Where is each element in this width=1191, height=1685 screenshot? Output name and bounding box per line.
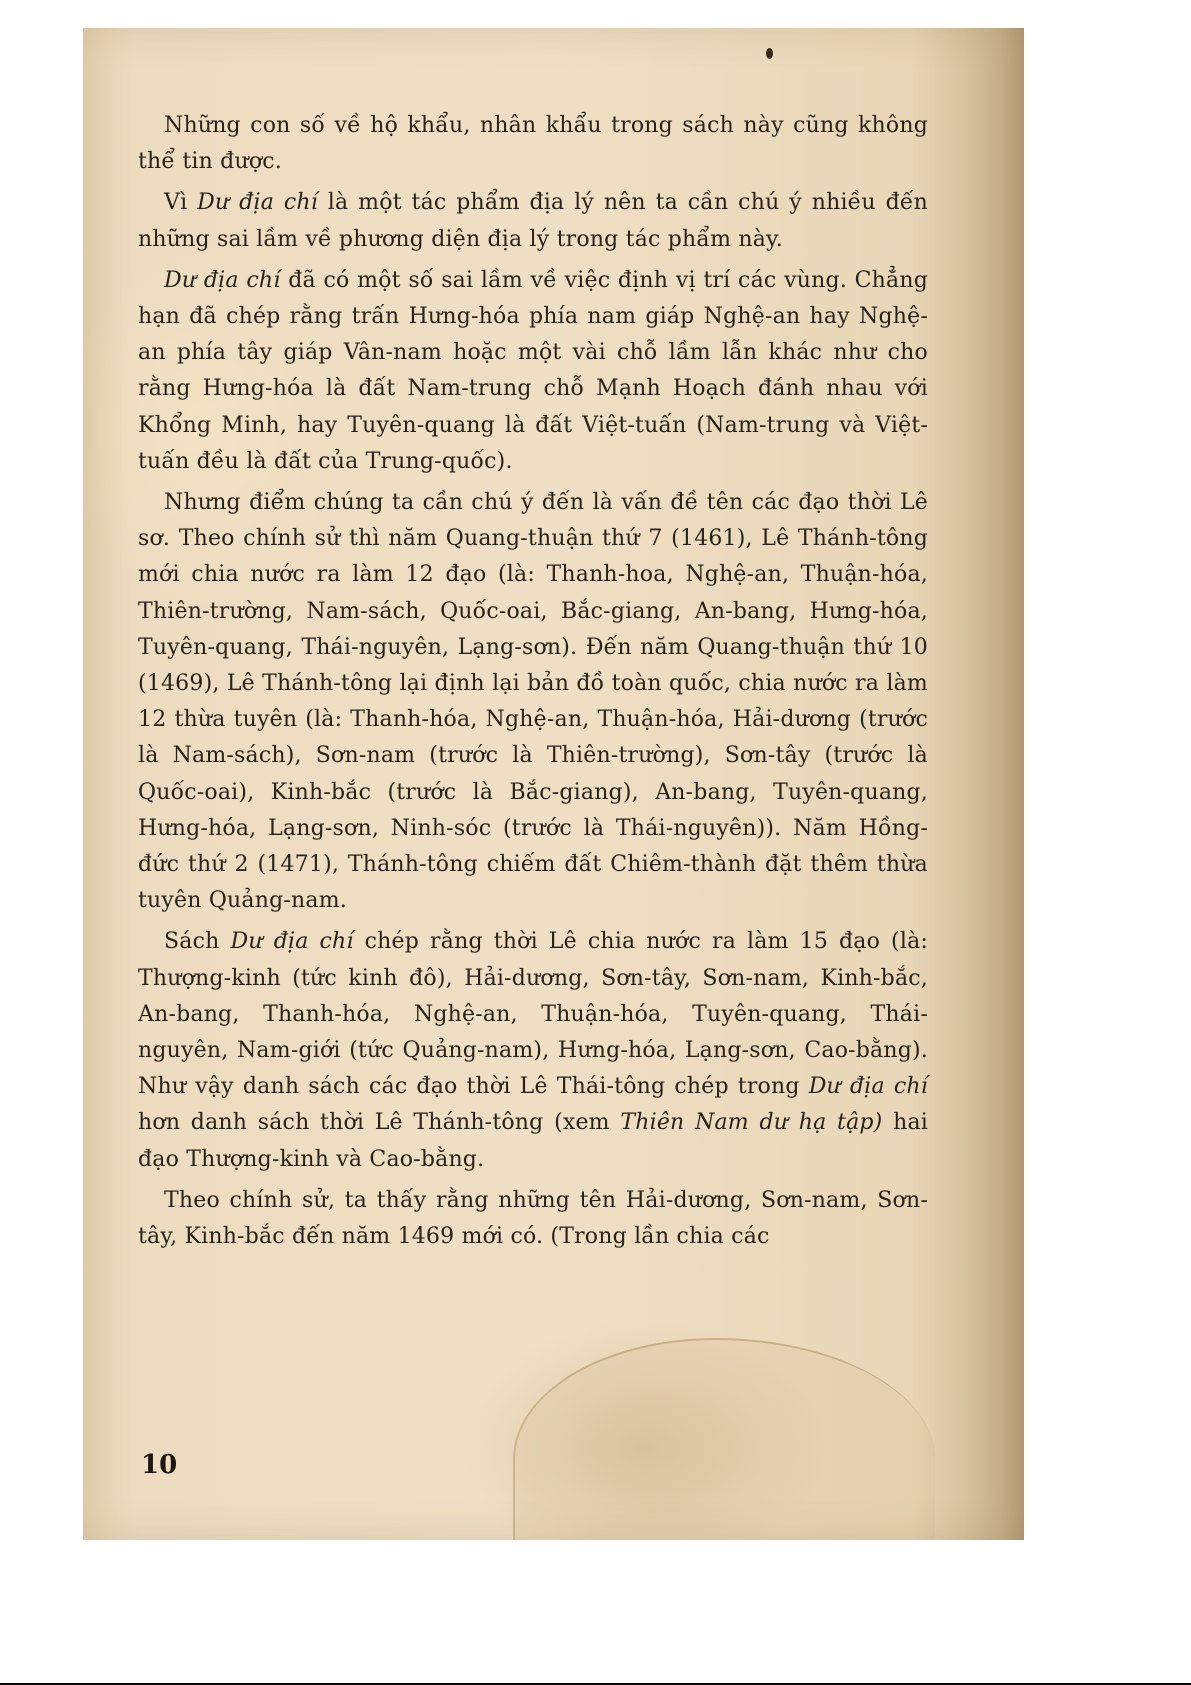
italic-title-text: Dư địa chí: [164, 268, 281, 293]
page-number: 10: [141, 1450, 177, 1480]
paragraph-4: Nhưng điểm chúng ta cần chú ý đến là vấn…: [138, 485, 928, 919]
text-segment: Theo chính sử, ta thấy rằng những tên Hả…: [138, 1188, 928, 1249]
water-stain: [513, 1338, 935, 1540]
page-gutter-shadow: [964, 28, 1024, 1540]
ink-speck: [766, 48, 773, 59]
paragraph-5: Sách Dư địa chí chép rằng thời Lê chia n…: [138, 924, 928, 1177]
text-segment: Sách: [164, 929, 230, 954]
paragraph-1: Những con số về hộ khẩu, nhân khẩu trong…: [138, 108, 928, 180]
italic-title-text: Dư địa chí: [197, 190, 318, 215]
body-text: Những con số về hộ khẩu, nhân khẩu trong…: [138, 108, 928, 1260]
paragraph-6: Theo chính sử, ta thấy rằng những tên Hả…: [138, 1183, 928, 1255]
italic-title-text: Dư địa chí: [809, 1074, 928, 1099]
paragraph-3: Dư địa chí đã có một số sai lầm về việc …: [138, 263, 928, 480]
scanned-book-page: Những con số về hộ khẩu, nhân khẩu trong…: [83, 28, 1024, 1540]
text-segment: Nhưng điểm chúng ta cần chú ý đến là vấn…: [138, 490, 928, 913]
italic-title-text: Thiên Nam dư hạ tập): [620, 1110, 882, 1135]
text-segment: Vì: [164, 190, 197, 215]
paragraph-2: Vì Dư địa chí là một tác phẩm địa lý nên…: [138, 185, 928, 257]
italic-title-text: Dư địa chí: [230, 929, 353, 954]
text-segment: Những con số về hộ khẩu, nhân khẩu trong…: [138, 113, 928, 174]
text-segment: đã có một số sai lầm về việc định vị trí…: [138, 268, 928, 474]
text-segment: hơn danh sách thời Lê Thánh-tông (xem: [138, 1110, 620, 1135]
